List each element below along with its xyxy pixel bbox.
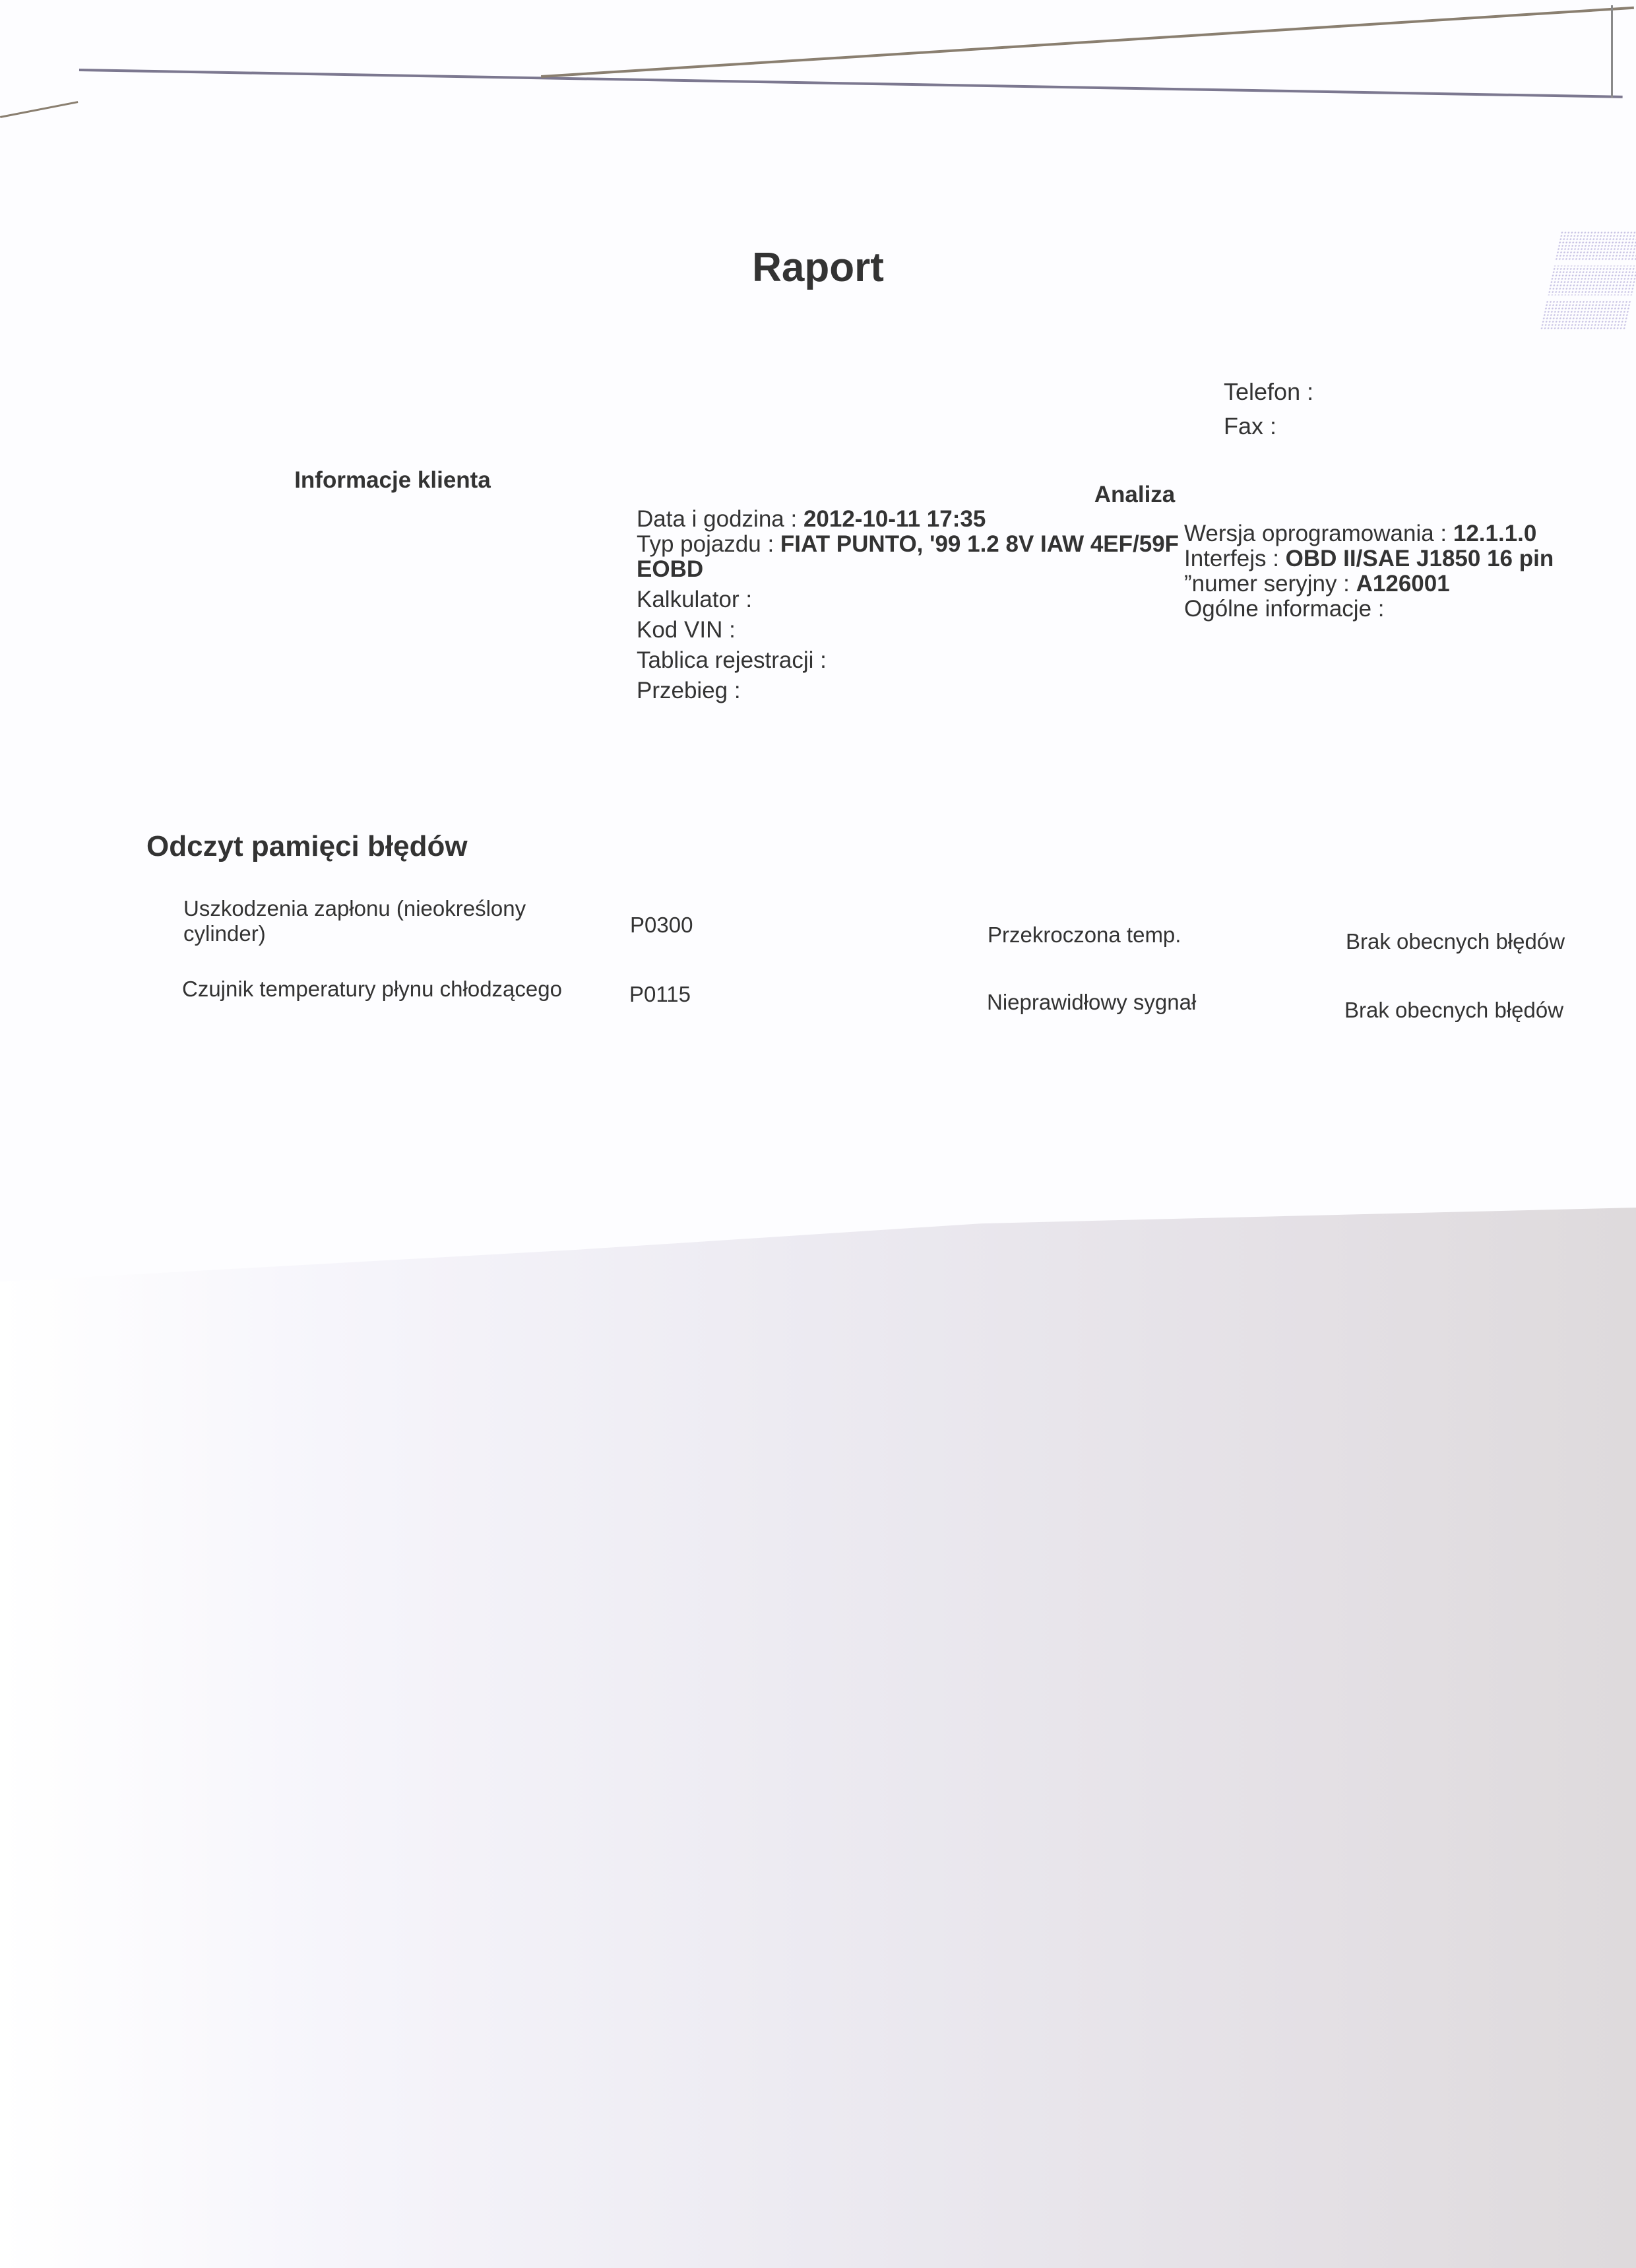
fault-description-line: cylinder) xyxy=(183,921,526,946)
field-software-version: Wersja oprogramowania : 12.1.1.0 xyxy=(1184,521,1554,546)
fault-section-title: Odczyt pamięci błędów xyxy=(146,830,468,863)
fault-code: P0115 xyxy=(629,982,691,1007)
field-calculator: Kalkulator : xyxy=(637,587,1164,612)
phone-label: Telefon : xyxy=(1224,375,1313,409)
field-label: Wersja oprogramowania : xyxy=(1184,521,1453,546)
analysis-header: Analiza xyxy=(633,482,1636,508)
field-serial-number: ”numer seryjny : A126001 xyxy=(1184,571,1554,597)
field-label: ”numer seryjny : xyxy=(1184,571,1356,597)
field-datetime: Data i godzina : 2012-10-11 17:35 xyxy=(637,507,1164,532)
field-registration: Tablica rejestracji : xyxy=(637,648,1164,673)
field-vehicle-type-continuation: EOBD xyxy=(637,557,1164,582)
fault-status: Brak obecnych błędów xyxy=(1346,929,1565,954)
field-value: 2012-10-11 17:35 xyxy=(803,506,986,532)
client-info-header: Informacje klienta xyxy=(152,467,633,494)
fault-type: Nieprawidłowy sygnał xyxy=(987,990,1196,1015)
fault-type: Przekroczona temp. xyxy=(988,923,1181,948)
field-value: OBD II/SAE J1850 16 pin xyxy=(1286,546,1554,571)
contact-block: Telefon : Fax : xyxy=(1224,375,1313,443)
field-label: Interfejs : xyxy=(1184,546,1286,571)
field-general-info: Ogólne informacje : xyxy=(1184,597,1554,622)
paper-edge xyxy=(1611,5,1613,98)
page-title: Raport xyxy=(0,244,1636,291)
fax-label: Fax : xyxy=(1224,409,1313,443)
field-vehicle-type: Typ pojazdu : FIAT PUNTO, '99 1.2 8V IAW… xyxy=(637,532,1164,557)
field-value: A126001 xyxy=(1356,571,1450,597)
fault-status: Brak obecnych błędów xyxy=(1344,998,1563,1023)
field-value: FIAT PUNTO, '99 1.2 8V IAW 4EF/59F xyxy=(780,531,1179,557)
field-vin: Kod VIN : xyxy=(637,618,1164,643)
field-interface: Interfejs : OBD II/SAE J1850 16 pin xyxy=(1184,546,1554,571)
fault-code: P0300 xyxy=(630,913,693,938)
fault-description: Uszkodzenia zapłonu (nieokreślony cylind… xyxy=(183,896,526,946)
scan-shadow xyxy=(0,1208,1636,2268)
fault-description-line: Uszkodzenia zapłonu (nieokreślony xyxy=(183,896,526,921)
field-value: 12.1.1.0 xyxy=(1453,521,1537,546)
field-label: Data i godzina : xyxy=(637,506,803,532)
analysis-left-column: Data i godzina : 2012-10-11 17:35 Typ po… xyxy=(637,507,1164,703)
field-label: Typ pojazdu : xyxy=(637,531,780,557)
analysis-right-column: Wersja oprogramowania : 12.1.1.0 Interfe… xyxy=(1184,521,1554,622)
field-mileage: Przebieg : xyxy=(637,678,1164,703)
fault-description: Czujnik temperatury płynu chłodzącego xyxy=(182,977,562,1002)
